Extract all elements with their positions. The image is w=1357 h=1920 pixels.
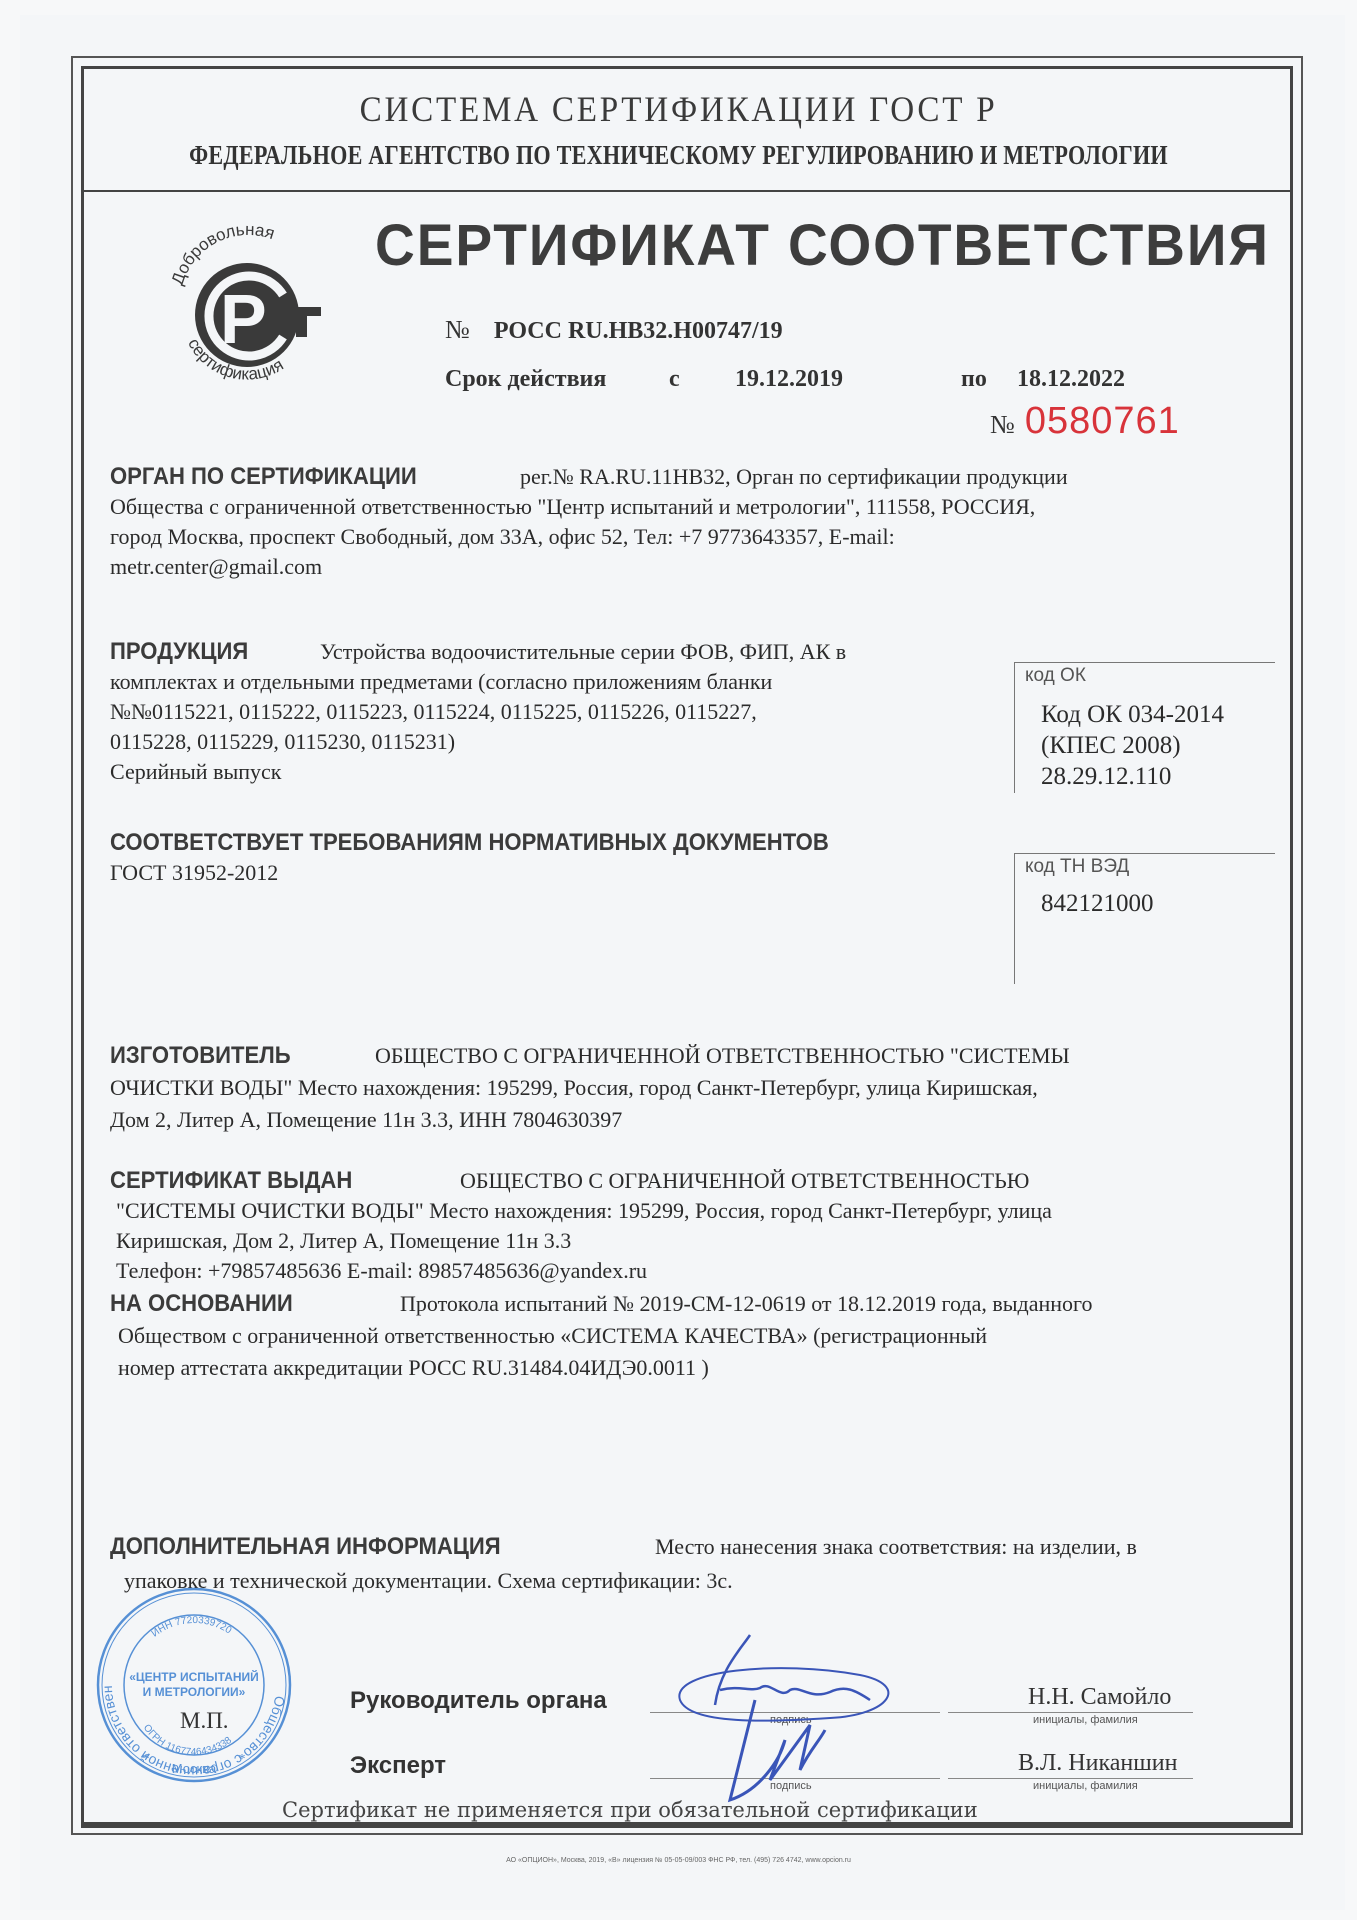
svg-text:Москва: Москва <box>172 1761 217 1776</box>
svg-text:*: * <box>239 1752 246 1767</box>
manufacturer-section: ИЗГОТОВИТЕЛЬОБЩЕСТВО С ОГРАНИЧЕННОЙ ОТВЕ… <box>110 1040 1270 1136</box>
code-tnved-box: код ТН ВЭД 842121000 <box>1014 853 1275 984</box>
manufacturer-line2: ОЧИСТКИ ВОДЫ" Место нахождения: 195299, … <box>110 1072 1270 1104</box>
header-divider <box>81 190 1293 192</box>
footer-note: Сертификат не применяется при обязательн… <box>282 1798 978 1822</box>
expert-name-caption: инициалы, фамилия <box>1033 1780 1138 1792</box>
svg-text:И МЕТРОЛОГИИ»: И МЕТРОЛОГИИ» <box>143 1685 246 1699</box>
issued-to-label: СЕРТИФИКАТ ВЫДАН <box>110 1166 432 1196</box>
issued-to-line3: Киришская, Дом 2, Литер А, Помещение 11н… <box>110 1226 1270 1256</box>
standards-section: СООТВЕТСТВУЕТ ТРЕБОВАНИЯМ НОРМАТИВНЫХ ДО… <box>110 828 1010 888</box>
head-signer-name: Н.Н. Самойло <box>1028 1684 1171 1711</box>
product-line3: №№0115221, 0115222, 0115223, 0115224, 01… <box>110 697 1010 727</box>
basis-section: НА ОСНОВАНИИПротокола испытаний № 2019-С… <box>110 1288 1270 1384</box>
validity-period: Срок действия с 19.12.2019 по 18.12.2022 <box>445 366 1125 393</box>
issued-to-line2: "СИСТЕМЫ ОЧИСТКИ ВОДЫ" Место нахождения:… <box>110 1196 1270 1226</box>
svg-text:ИНН 7720339720: ИНН 7720339720 <box>150 1615 234 1640</box>
code-ok-line3: 28.29.12.110 <box>1041 761 1171 792</box>
certification-body-line3: город Москва, проспект Свободный, дом 33… <box>110 522 1270 552</box>
certification-body-section: ОРГАН ПО СЕРТИФИКАЦИИрег.№ RA.RU.11НВ32,… <box>110 462 1270 582</box>
expert-label: Эксперт <box>350 1752 446 1780</box>
product-line5: Серийный выпуск <box>110 757 1010 787</box>
manufacturer-line3: Дом 2, Литер А, Помещение 11н 3.3, ИНН 7… <box>110 1104 1270 1136</box>
head-name-caption: инициалы, фамилия <box>1033 1714 1138 1726</box>
issued-to-section: СЕРТИФИКАТ ВЫДАНОБЩЕСТВО С ОГРАНИЧЕННОЙ … <box>110 1166 1270 1286</box>
additional-info-label: ДОПОЛНИТЕЛЬНАЯ ИНФОРМАЦИЯ <box>110 1530 611 1564</box>
certification-body-line1: рег.№ RA.RU.11НВ32, Орган по сертификаци… <box>520 464 1068 489</box>
blank-number-symbol: № <box>990 410 1015 439</box>
certificate-number-value: РОСС RU.НВ32.Н00747/19 <box>494 318 783 344</box>
stamp-place-label: М.П. <box>180 1708 229 1734</box>
product-line4: 0115228, 0115229, 0115230, 0115231) <box>110 727 1010 757</box>
certification-body-line2: Общества с ограниченной ответственностью… <box>110 492 1270 522</box>
additional-info-line1: Место нанесения знака соответствия: на и… <box>655 1534 1137 1559</box>
document-title: СЕРТИФИКАТ СООТВЕТСТВИЯ <box>375 212 1270 279</box>
system-title: СИСТЕМА СЕРТИФИКАЦИИ ГОСТ Р <box>54 88 1302 130</box>
validity-to-date: 18.12.2022 <box>1017 366 1125 393</box>
basis-line1: Протокола испытаний № 2019-СМ-12-0619 от… <box>400 1291 1092 1316</box>
agency-title: ФЕДЕРАЛЬНОЕ АГЕНТСТВО ПО ТЕХНИЧЕСКОМУ РЕ… <box>122 140 1235 171</box>
certification-body-label: ОРГАН ПО СЕРТИФИКАЦИИ <box>110 462 487 492</box>
code-tnved-label: код ТН ВЭД <box>1025 856 1129 878</box>
printer-imprint: АО «ОПЦИОН», Москва, 2019, «В» лицензия … <box>0 1857 1357 1864</box>
certification-body-email: metr.center@gmail.com <box>110 552 1270 582</box>
handwritten-signatures-icon <box>660 1630 960 1810</box>
basis-label: НА ОСНОВАНИИ <box>110 1288 377 1320</box>
expert-name-line <box>948 1778 1193 1779</box>
manufacturer-label: ИЗГОТОВИТЕЛЬ <box>110 1040 354 1072</box>
voluntary-certification-logo-icon: P Добровольная сертификация <box>160 215 335 390</box>
product-line2: комплектах и отдельными предметами (согл… <box>110 667 1010 697</box>
code-tnved-value: 842121000 <box>1041 888 1154 919</box>
code-ok-line1: Код ОК 034-2014 <box>1041 699 1224 730</box>
svg-text:«ЦЕНТР ИСПЫТАНИЙ: «ЦЕНТР ИСПЫТАНИЙ <box>129 1669 259 1684</box>
code-ok-line2: (КПЕС 2008) <box>1041 730 1181 761</box>
validity-label: Срок действия <box>445 366 663 393</box>
blank-number-value: 0580761 <box>1025 400 1180 442</box>
code-ok-label: код ОК <box>1025 665 1086 687</box>
organization-stamp-icon: Общество с ограниченной ответственностью… <box>94 1585 294 1785</box>
issued-to-line1: ОБЩЕСТВО С ОГРАНИЧЕННОЙ ОТВЕТСТВЕННОСТЬЮ <box>460 1168 1029 1193</box>
product-section: ПРОДУКЦИЯУстройства водоочистительные се… <box>110 637 1010 787</box>
validity-to-label: по <box>961 366 1011 393</box>
issued-to-contacts: Телефон: +79857485636 E-mail: 8985748563… <box>110 1256 1270 1286</box>
product-line1: Устройства водоочистительные серии ФОВ, … <box>320 639 846 664</box>
svg-text:*: * <box>143 1752 150 1767</box>
validity-from-date: 19.12.2019 <box>735 366 955 393</box>
basis-line3: номер аттестата аккредитации РОСС RU.314… <box>110 1352 1270 1384</box>
number-symbol: № <box>445 315 470 344</box>
standards-label: СООТВЕТСТВУЕТ ТРЕБОВАНИЯМ НОРМАТИВНЫХ ДО… <box>110 828 829 858</box>
blank-serial-number: №0580761 <box>990 400 1180 443</box>
bottom-divider <box>81 1825 1293 1828</box>
standards-value: ГОСТ 31952-2012 <box>110 858 1010 888</box>
head-name-line <box>948 1712 1193 1713</box>
certificate-number: № РОСС RU.НВ32.Н00747/19 <box>445 315 783 345</box>
product-label: ПРОДУКЦИЯ <box>110 637 303 667</box>
manufacturer-line1: ОБЩЕСТВО С ОГРАНИЧЕННОЙ ОТВЕТСТВЕННОСТЬЮ… <box>375 1043 1070 1068</box>
expert-name: В.Л. Никаншин <box>1018 1750 1177 1777</box>
basis-line2: Обществом с ограниченной ответственность… <box>110 1320 1270 1352</box>
code-ok-box: код ОК Код ОК 034-2014 (КПЕС 2008) 28.29… <box>1014 662 1275 793</box>
validity-from-label: с <box>669 366 729 393</box>
head-signer-label: Руководитель органа <box>350 1687 607 1715</box>
